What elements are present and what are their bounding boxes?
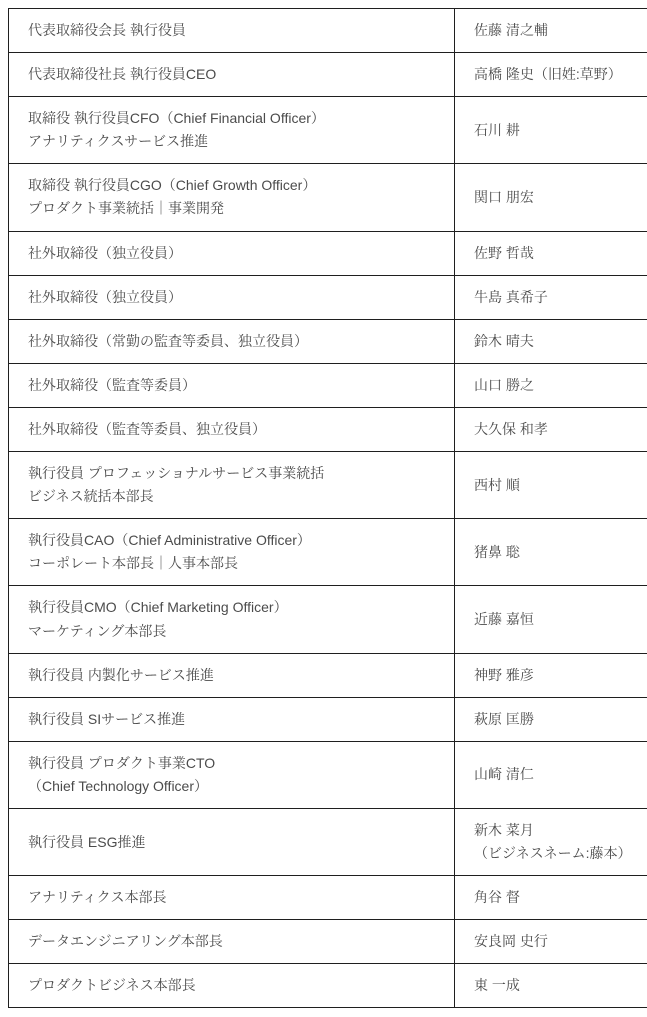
name-cell: 近藤 嘉恒 [455,586,647,653]
role-cell: 取締役 執行役員CFO（Chief Financial Officer）アナリテ… [9,97,455,164]
role-cell: 執行役員CMO（Chief Marketing Officer）マーケティング本… [9,586,455,653]
table-row: 社外取締役（監査等委員）山口 勝之 [9,363,647,407]
name-cell: 高橋 隆史（旧姓:草野） [455,53,647,97]
table-row: 執行役員CAO（Chief Administrative Officer）コーポ… [9,519,647,586]
role-cell: 社外取締役（常勤の監査等委員、独立役員） [9,319,455,363]
name-cell: 安良岡 史行 [455,920,647,964]
table-row: 執行役員 ESG推進新木 菜月（ビジネスネーム:藤本） [9,808,647,875]
role-cell: データエンジニアリング本部長 [9,920,455,964]
table-row: 執行役員CMO（Chief Marketing Officer）マーケティング本… [9,586,647,653]
role-cell: 代表取締役会長 執行役員 [9,9,455,53]
table-row: 代表取締役会長 執行役員佐藤 清之輔 [9,9,647,53]
role-cell: 社外取締役（独立役員） [9,231,455,275]
name-cell: 牛島 真希子 [455,275,647,319]
role-cell: 執行役員 内製化サービス推進 [9,653,455,697]
role-cell: 執行役員 プロダクト事業CTO（Chief Technology Officer… [9,741,455,808]
table-row: 執行役員 プロダクト事業CTO（Chief Technology Officer… [9,741,647,808]
name-cell: 西村 順 [455,452,647,519]
name-cell: 角谷 督 [455,876,647,920]
name-cell: 東 一成 [455,964,647,1008]
name-cell: 関口 朋宏 [455,164,647,231]
table-row: 代表取締役社長 執行役員CEO高橋 隆史（旧姓:草野） [9,53,647,97]
table-row: 執行役員 プロフェッショナルサービス事業統括ビジネス統括本部長西村 順 [9,452,647,519]
table-row: 社外取締役（監査等委員、独立役員）大久保 和孝 [9,407,647,451]
role-cell: 代表取締役社長 執行役員CEO [9,53,455,97]
role-cell: 執行役員 SIサービス推進 [9,697,455,741]
table-row: 社外取締役（独立役員）佐野 哲哉 [9,231,647,275]
table-row: 取締役 執行役員CFO（Chief Financial Officer）アナリテ… [9,97,647,164]
page: 代表取締役会長 執行役員佐藤 清之輔代表取締役社長 執行役員CEO高橋 隆史（旧… [0,0,647,1017]
table-row: 社外取締役（独立役員）牛島 真希子 [9,275,647,319]
role-cell: 社外取締役（独立役員） [9,275,455,319]
table-row: アナリティクス本部長角谷 督 [9,876,647,920]
officers-table-body: 代表取締役会長 執行役員佐藤 清之輔代表取締役社長 執行役員CEO高橋 隆史（旧… [9,9,647,1008]
role-cell: 社外取締役（監査等委員） [9,363,455,407]
table-row: プロダクトビジネス本部長東 一成 [9,964,647,1008]
table-row: 社外取締役（常勤の監査等委員、独立役員）鈴木 晴夫 [9,319,647,363]
name-cell: 山崎 清仁 [455,741,647,808]
role-cell: 執行役員 プロフェッショナルサービス事業統括ビジネス統括本部長 [9,452,455,519]
role-cell: 社外取締役（監査等委員、独立役員） [9,407,455,451]
name-cell: 大久保 和孝 [455,407,647,451]
table-row: データエンジニアリング本部長安良岡 史行 [9,920,647,964]
name-cell: 石川 耕 [455,97,647,164]
role-cell: 執行役員CAO（Chief Administrative Officer）コーポ… [9,519,455,586]
name-cell: 神野 雅彦 [455,653,647,697]
table-row: 執行役員 SIサービス推進萩原 匡勝 [9,697,647,741]
name-cell: 猪鼻 聡 [455,519,647,586]
officers-table: 代表取締役会長 執行役員佐藤 清之輔代表取締役社長 執行役員CEO高橋 隆史（旧… [8,8,647,1008]
role-cell: 執行役員 ESG推進 [9,808,455,875]
name-cell: 萩原 匡勝 [455,697,647,741]
name-cell: 山口 勝之 [455,363,647,407]
table-row: 執行役員 内製化サービス推進神野 雅彦 [9,653,647,697]
name-cell: 佐藤 清之輔 [455,9,647,53]
role-cell: アナリティクス本部長 [9,876,455,920]
table-row: 取締役 執行役員CGO（Chief Growth Officer）プロダクト事業… [9,164,647,231]
role-cell: 取締役 執行役員CGO（Chief Growth Officer）プロダクト事業… [9,164,455,231]
name-cell: 新木 菜月（ビジネスネーム:藤本） [455,808,647,875]
name-cell: 鈴木 晴夫 [455,319,647,363]
role-cell: プロダクトビジネス本部長 [9,964,455,1008]
name-cell: 佐野 哲哉 [455,231,647,275]
